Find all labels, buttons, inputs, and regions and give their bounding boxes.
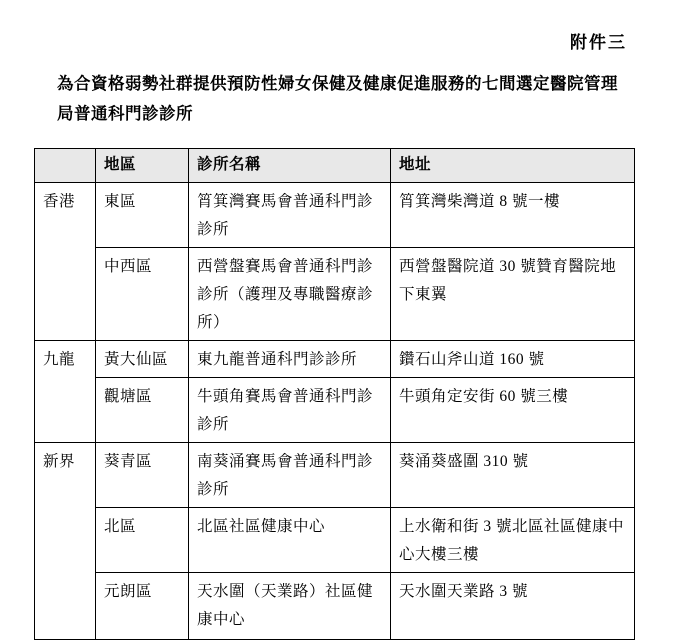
- address-cell: 西營盤醫院道 30 號贊育醫院地下東翼: [391, 248, 635, 341]
- region-cell: 香港: [35, 183, 96, 341]
- district-cell: 北區: [96, 508, 189, 573]
- district-cell: 東區: [96, 183, 189, 248]
- district-cell: 中西區: [96, 248, 189, 341]
- clinic-cell: 北區社區健康中心: [189, 508, 391, 573]
- clinic-cell: 東九龍普通科門診診所: [189, 341, 391, 378]
- district-cell: 觀塘區: [96, 378, 189, 443]
- table-row: 中西區西營盤賽馬會普通科門診診所（護理及專職醫療診所）西營盤醫院道 30 號贊育…: [35, 248, 635, 341]
- header-district: 地區: [96, 149, 189, 183]
- header-row: 地區 診所名稱 地址: [35, 149, 635, 183]
- document-heading: 為合資格弱勢社群提供預防性婦女保健及健康促進服務的七間選定醫院管理局普通科門診診…: [57, 69, 631, 129]
- address-cell: 上水衛和街 3 號北區社區健康中心大樓三樓: [391, 508, 635, 573]
- clinic-cell: 牛頭角賽馬會普通科門診診所: [189, 378, 391, 443]
- table-row: 元朗區天水圍（天業路）社區健康中心天水圍天業路 3 號: [35, 573, 635, 640]
- clinics-table: 地區 診所名稱 地址 香港東區筲箕灣賽馬會普通科門診診所筲箕灣柴灣道 8 號一樓…: [34, 148, 635, 640]
- header-region: [35, 149, 96, 183]
- district-cell: 葵青區: [96, 443, 189, 508]
- region-cell: 九龍: [35, 341, 96, 443]
- district-cell: 黃大仙區: [96, 341, 189, 378]
- clinic-cell: 筲箕灣賽馬會普通科門診診所: [189, 183, 391, 248]
- region-cell: 新界: [35, 443, 96, 640]
- address-cell: 鑽石山斧山道 160 號: [391, 341, 635, 378]
- table-row: 九龍黃大仙區東九龍普通科門診診所鑽石山斧山道 160 號: [35, 341, 635, 378]
- table-row: 香港東區筲箕灣賽馬會普通科門診診所筲箕灣柴灣道 8 號一樓: [35, 183, 635, 248]
- table-header: 地區 診所名稱 地址: [35, 149, 635, 183]
- clinic-cell: 西營盤賽馬會普通科門診診所（護理及專職醫療診所）: [189, 248, 391, 341]
- table-row: 觀塘區牛頭角賽馬會普通科門診診所牛頭角定安街 60 號三樓: [35, 378, 635, 443]
- address-cell: 筲箕灣柴灣道 8 號一樓: [391, 183, 635, 248]
- appendix-label: 附件三: [0, 28, 691, 53]
- document-page: 附件三 為合資格弱勢社群提供預防性婦女保健及健康促進服務的七間選定醫院管理局普通…: [0, 0, 691, 640]
- table-body: 香港東區筲箕灣賽馬會普通科門診診所筲箕灣柴灣道 8 號一樓中西區西營盤賽馬會普通…: [35, 183, 635, 640]
- district-cell: 元朗區: [96, 573, 189, 640]
- address-cell: 牛頭角定安街 60 號三樓: [391, 378, 635, 443]
- table-row: 北區北區社區健康中心上水衛和街 3 號北區社區健康中心大樓三樓: [35, 508, 635, 573]
- address-cell: 葵涌葵盛圍 310 號: [391, 443, 635, 508]
- address-cell: 天水圍天業路 3 號: [391, 573, 635, 640]
- clinic-cell: 天水圍（天業路）社區健康中心: [189, 573, 391, 640]
- header-address: 地址: [391, 149, 635, 183]
- clinic-cell: 南葵涌賽馬會普通科門診診所: [189, 443, 391, 508]
- header-clinic: 診所名稱: [189, 149, 391, 183]
- table-row: 新界葵青區南葵涌賽馬會普通科門診診所葵涌葵盛圍 310 號: [35, 443, 635, 508]
